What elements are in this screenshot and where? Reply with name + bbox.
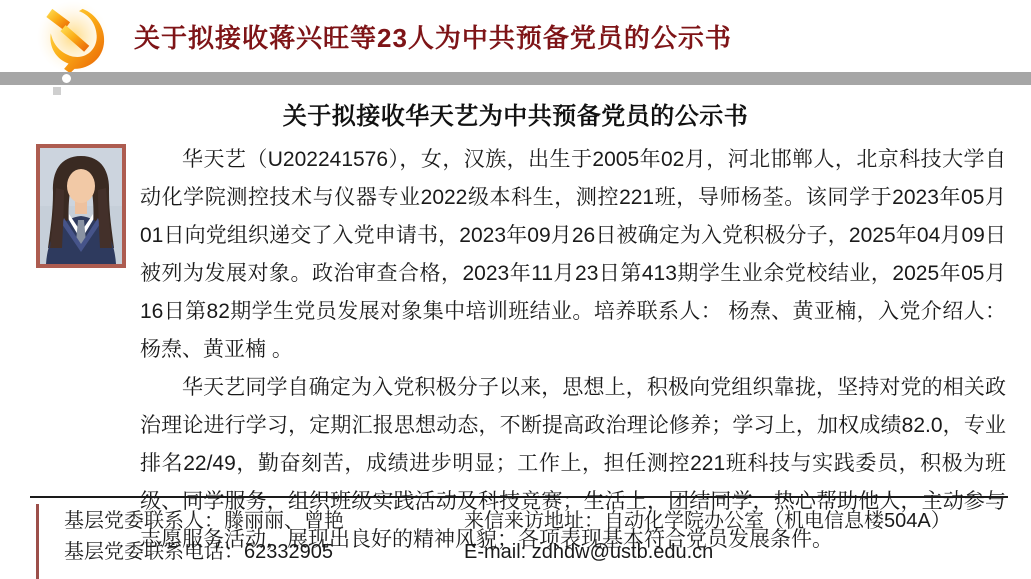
divider-square (53, 87, 61, 95)
divider-dot (62, 74, 71, 83)
paragraph-1: 华天艺（U202241576），女，汉族，出生于2005年02月，河北邯郸人，北… (140, 141, 1006, 369)
footer-contact-person: 基层党委联系人：滕丽丽、曾艳 (64, 506, 344, 537)
footer-contact-left: 基层党委联系人：滕丽丽、曾艳 基层党委联系电话：62332905 (64, 506, 344, 568)
party-emblem-icon (34, 0, 112, 74)
notice-title: 关于拟接收华天艺为中共预备党员的公示书 (0, 96, 1031, 131)
footer-contact-phone: 基层党委联系电话：62332905 (64, 537, 344, 568)
footer-email: E-mail: zdhdw@ustb.edu.cn (464, 537, 951, 568)
header-title-text: 关于拟接收蒋兴旺等23人为中共预备党员的公示书 (134, 18, 732, 55)
section-divider-bar (0, 72, 1031, 85)
footer-rule (30, 496, 1008, 498)
header-title: 关于拟接收蒋兴旺等23人为中共预备党员的公示书 (134, 0, 1011, 72)
footer-contact-right: 来信来访地址：自动化学院办公室（机电信息楼504A） E-mail: zdhdw… (464, 506, 951, 568)
applicant-photo-image (40, 148, 122, 264)
footer-accent-line (36, 504, 39, 579)
applicant-photo (36, 144, 126, 268)
footer-visit-address: 来信来访地址：自动化学院办公室（机电信息楼504A） (464, 506, 951, 537)
